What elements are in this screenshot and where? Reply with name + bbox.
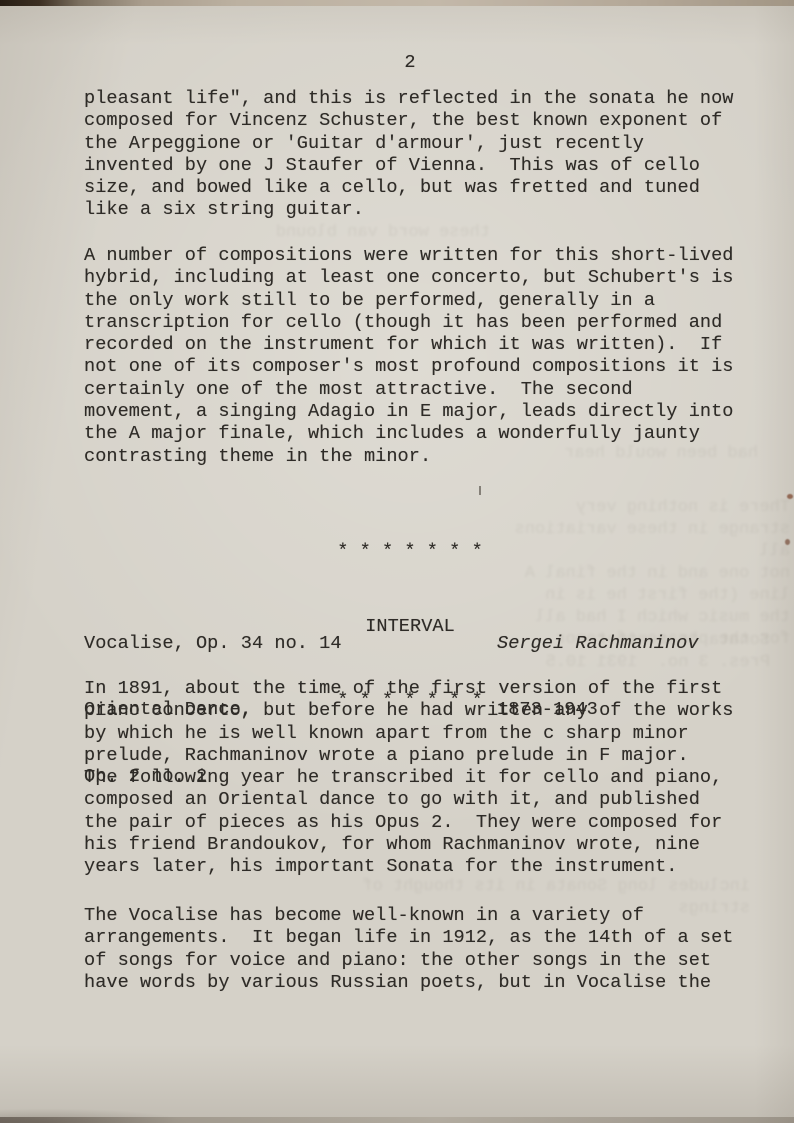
composer-name: Sergei Rachmaninov [497,633,699,655]
scanned-page: 2 pleasant life", and this is reflected … [0,0,794,1123]
stain-mark [787,494,793,499]
scan-bottom-edge [0,1117,794,1123]
scan-top-edge [0,0,794,6]
paragraph-vocalise: The Vocalise has become well-known in a … [84,905,740,994]
interval-stars-top: * * * * * * * [84,540,736,565]
page-number: 2 [84,52,736,74]
work-title-line: Vocalise, Op. 34 no. 14 [84,633,342,655]
stray-ink-mark [479,486,481,495]
stain-mark [785,539,790,545]
show-through-text: these word van blound [110,222,490,244]
work-heading: Vocalise, Op. 34 no. 14 Oriental Dance, … [84,588,744,658]
page-shadow [0,1053,320,1123]
paragraph-schubert-sonata: pleasant life", and this is reflected in… [84,88,740,222]
paragraph-rachmaninov-prelude: In 1891, about the time of the first ver… [84,678,740,879]
paragraph-arpeggione-works: A number of compositions were written fo… [84,245,740,468]
